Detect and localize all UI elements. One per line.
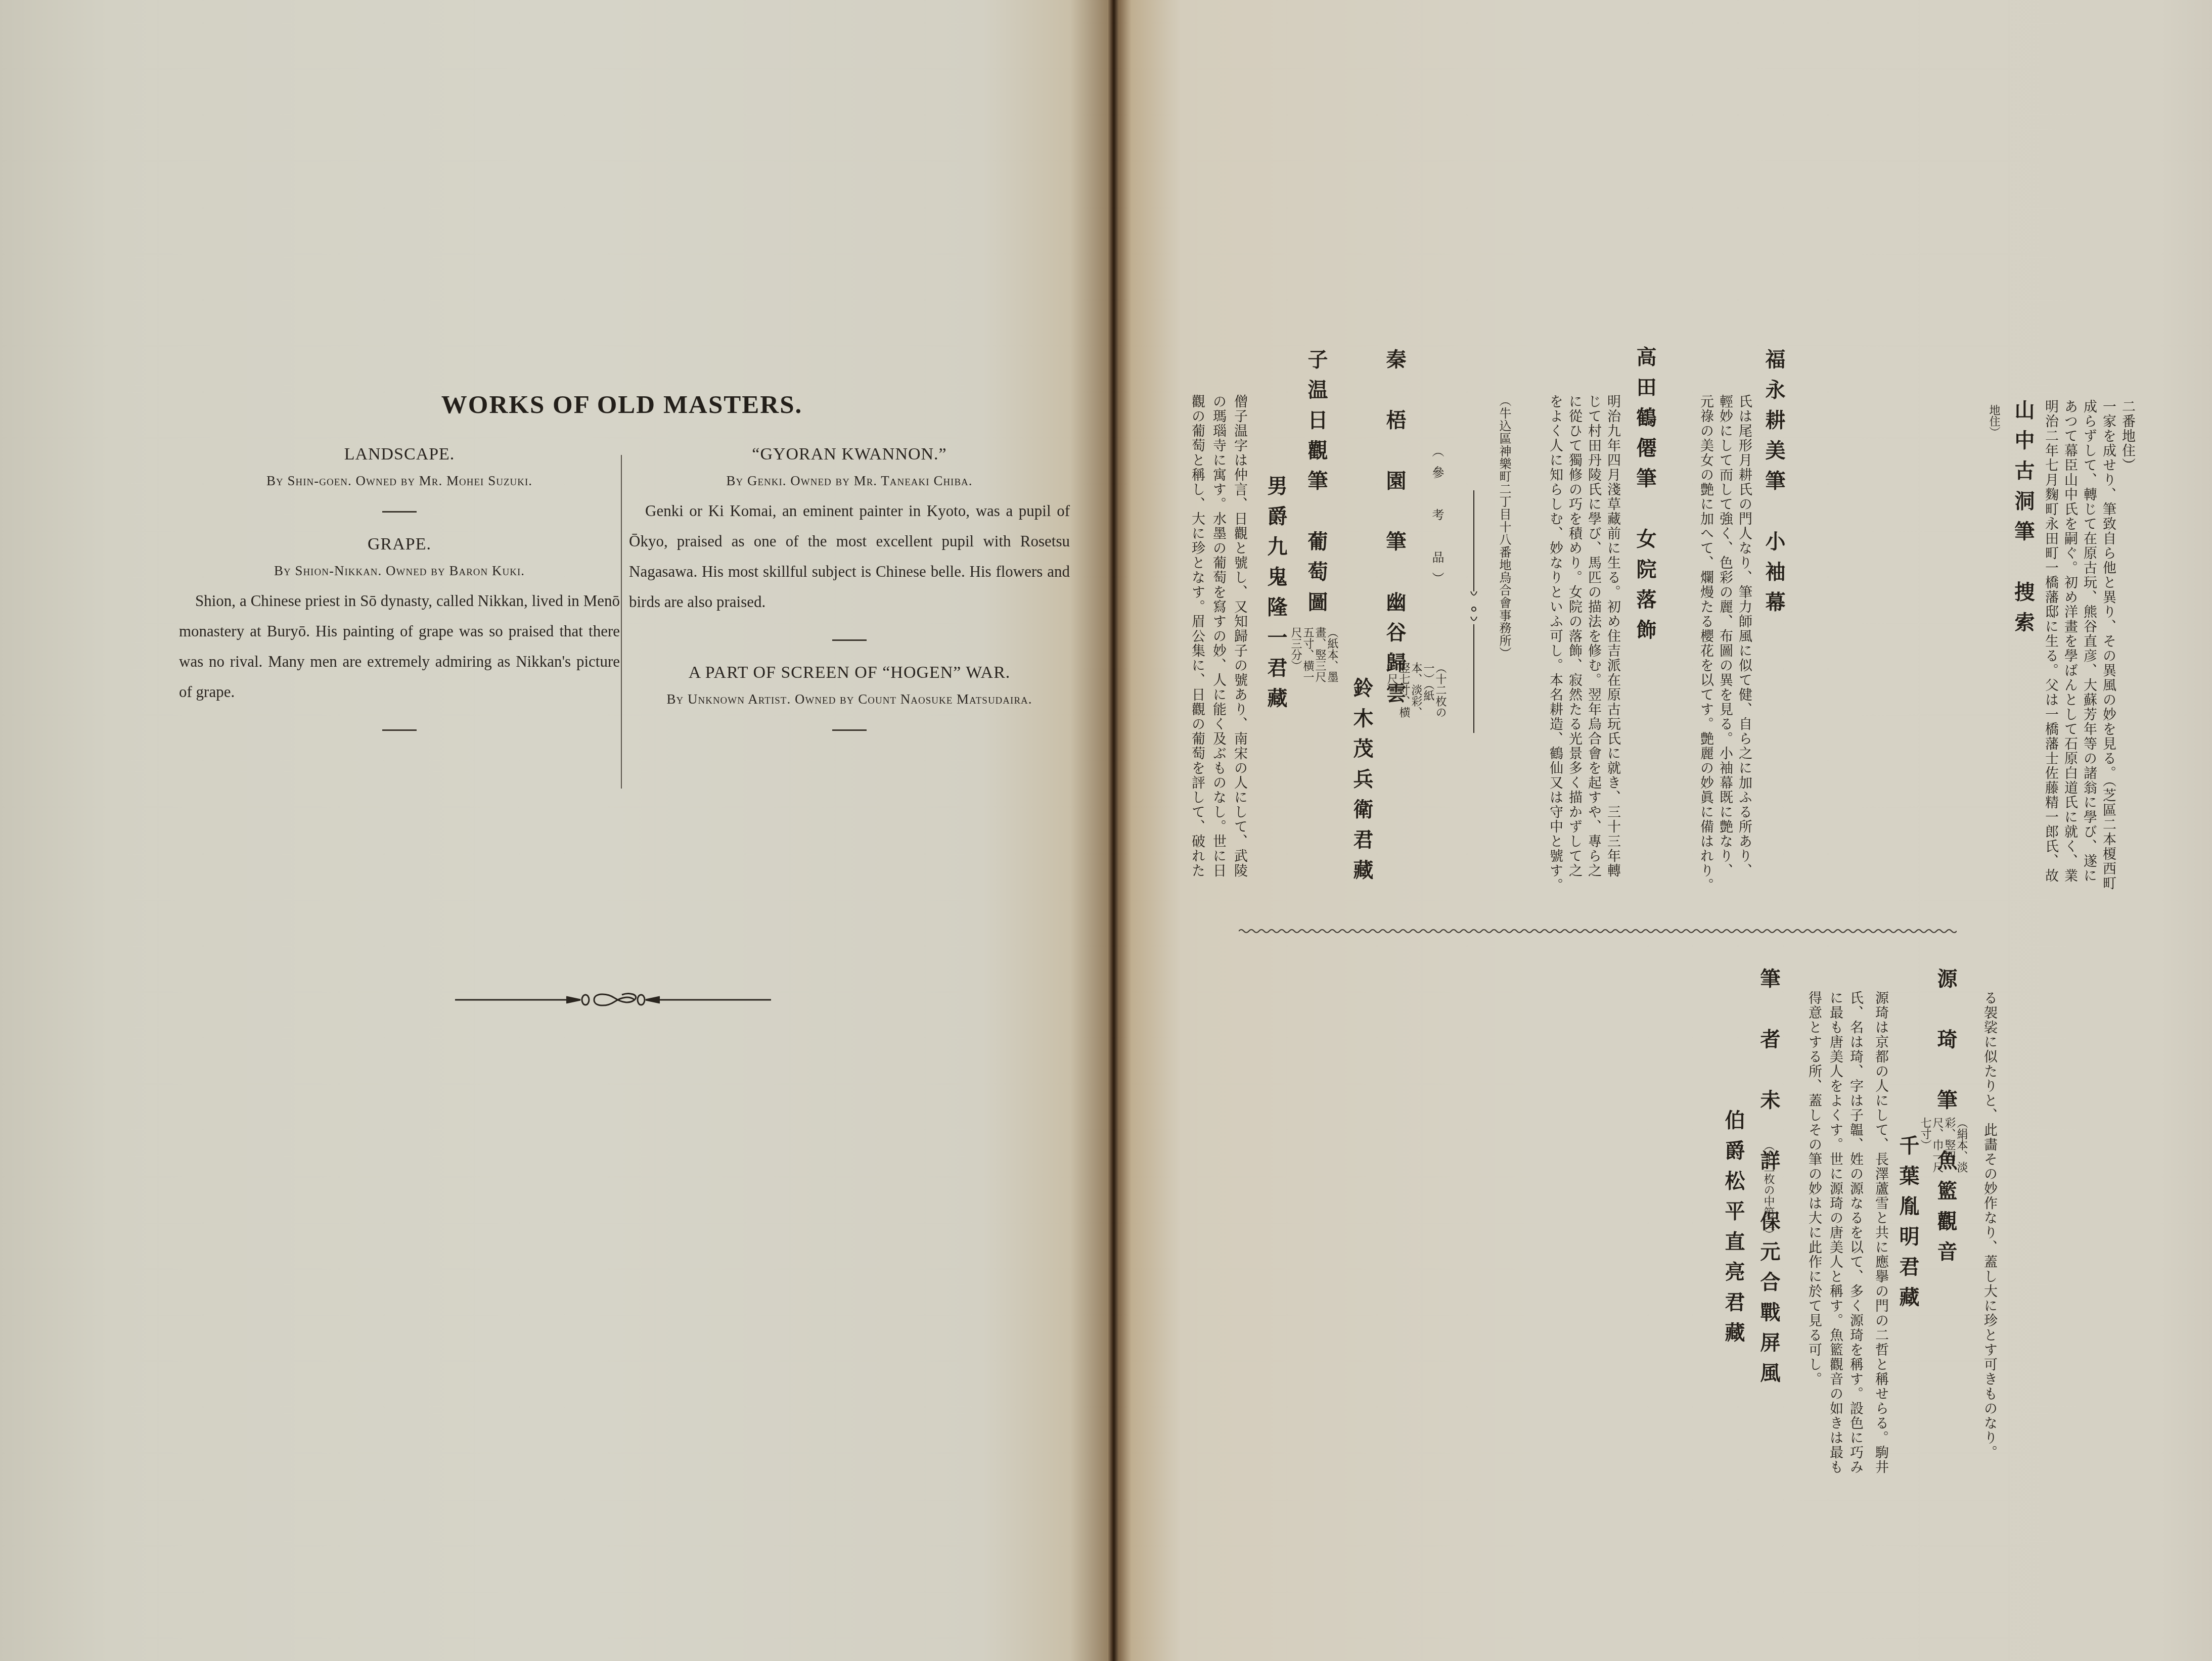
work-heading: 高田鶴僊筆 女院落飾 [1631,346,1659,650]
page-title: WORKS OF OLD MASTERS. [410,390,834,420]
address-note: 地住） [1988,404,2000,438]
text-column: 輕妙にして而して強く、色彩の麗、布圖の異を見る。小袖幕既に艶なり、 [1715,394,1735,878]
owner-name: 鈴木茂兵衛君藏 [1347,677,1376,890]
wavy-section-divider-icon [1239,927,1957,935]
work-heading: 福永耕美筆 小袖幕 [1759,349,1788,622]
text-column: 明治九年四月淺草藏前に生る。初め住吉派在原古玩氏に就き、三十三年轉 [1603,394,1622,878]
left-page [0,0,1115,1661]
text-column: る袈裟に似たりと、此畵その妙作なり、蓋し大に珍とす可きものなり。 [1979,991,1999,1460]
text-column: 二番地住） [2117,399,2137,473]
size-note: （紙本、墨畫、竪三尺五寸、横一尺三分） [1289,627,1338,682]
text-column: あつて幕臣山中氏を嗣ぐ。初め洋畫を學ばんとして石原白道氏に就く、業 [2060,399,2080,883]
section-rule [832,729,867,731]
entry-gyoran-kwannon: “GYORAN KWANNON.” By Genki. Owned by Mr.… [627,445,1072,617]
text-column: 得意とする所、蓋しその筆の妙は大に此作に於て見る可し。 [1804,991,1824,1387]
size-note: （十二枚の一）（紙本、淡彩、竪七寸、横一尺） [1385,662,1446,723]
section-rule [382,729,417,731]
owner-name: 伯爵松平直亮君藏 [1719,1110,1748,1352]
text-column: 成らずして、轉じて在原古玩、熊谷直彦、大蘇芳年等の諸翁に學び、遂に [2079,399,2099,883]
owner-name: 千葉胤明君藏 [1893,1135,1922,1317]
work-heading: 山中古洞筆 捜索 [2009,399,2038,642]
entry-grape: GRAPE. By Shion-Nikkan. Owned by Baron K… [177,535,622,707]
entry-credit: By Unknown Artist. Owned by Count Naosuk… [627,691,1072,707]
entry-credit: By Genki. Owned by Mr. Taneaki Chiba. [627,473,1072,489]
entry-description: Shion, a Chinese priest in Sō dynasty, c… [177,586,622,707]
work-heading: 子温日觀筆 葡萄圖 [1302,349,1331,622]
vertical-ornament-divider-icon [1469,490,1479,733]
text-column: 氏は尾形月耕氏の門人なり、筆力師風に似て健、自ら之に加ふる所あり、 [1734,394,1754,878]
section-rule [832,639,867,641]
text-column: 一家を成せり、筆致自ら他と異り、その異風の妙を見る。（芝區二本榎西町 [2098,399,2118,891]
address-note: （牛込區神樂町二丁目十八番地烏合會事務所） [1496,394,1513,660]
text-column: 觀の葡萄と稱し、大に珍となす。眉公集に、日觀の葡萄を評して、破れた [1187,394,1207,878]
text-column: 元祿の美女の艶に加へて、爛熳たる櫻花を以てす。艶麗の妙眞に備はれり。 [1696,394,1716,893]
text-column: 源琦は京都の人にして、長澤蘆雪と共に應擧の門の二哲と稱せらる。駒井 [1871,991,1890,1474]
size-note: （十二枚の中第三） [1762,1140,1774,1240]
text-column: 明治二年七月麴町永田町一橋藩邸に生る。父は一橋藩士佐藤精一郎氏、故 [2041,399,2060,883]
text-column: の瑪瑙寺に寓す。水墨の葡萄を寫すの妙、人に能く及ぶものなし。世に日 [1208,394,1228,878]
text-column: をよく人に知らしむ、妙なりといふ可し。本名耕造、鶴仙又は守中と號す。 [1545,394,1565,893]
entry-credit: By Shion-Nikkan. Owned by Baron Kuki. [177,563,622,579]
owner-name: 男爵九鬼隆一君藏 [1261,475,1290,718]
entry-credit: By Shin-goen. Owned by Mr. Mohei Suzuki. [177,473,622,489]
entry-title: A PART OF SCREEN OF “HOGEN” WAR. [627,663,1072,682]
entry-title: GRAPE. [177,535,622,554]
left-column: LANDSCAPE. By Shin-goen. Owned by Mr. Mo… [177,445,622,753]
right-column: “GYORAN KWANNON.” By Genki. Owned by Mr.… [627,445,1072,753]
reference-items-label: （參 考 品） [1428,445,1446,593]
work-heading: 秦 梧 園 筆 幽谷歸雲 [1380,349,1409,713]
text-column: に最も唐美人をよくす。世に源琦の唐美人と稱す。魚籃觀音の如きは最も [1825,991,1845,1474]
entry-landscape: LANDSCAPE. By Shin-goen. Owned by Mr. Mo… [177,445,622,489]
book-spine [1107,0,1119,1661]
scroll-ornament-icon [455,990,771,1010]
entry-title: LANDSCAPE. [177,445,622,464]
size-note: （絹本、淡彩、竪四尺、巾一尺七寸） [1919,1117,1967,1173]
entry-hogen-war-screen: A PART OF SCREEN OF “HOGEN” WAR. By Unkn… [627,663,1072,707]
text-column: に從ひて獨修の巧を積めり。女院の落飾、寂然たる光景多く描かずして之 [1564,394,1584,878]
text-column: 僧子温字は仲言、日觀と號し、又知歸子の號あり、南宋の人にして、武陵 [1230,394,1249,878]
section-rule [382,511,417,513]
entry-description: Genki or Ki Komai, an eminent painter in… [627,496,1072,617]
text-column: 氏、名は琦、字は子韞、姓の源なるを以て、多く源琦を稱す。設色に巧み [1845,991,1865,1474]
text-column: じて村田丹陵氏に學び、馬匹の描法を修む。翌年烏合會を起すや、專ら之 [1584,394,1603,878]
entry-title: “GYORAN KWANNON.” [627,445,1072,464]
